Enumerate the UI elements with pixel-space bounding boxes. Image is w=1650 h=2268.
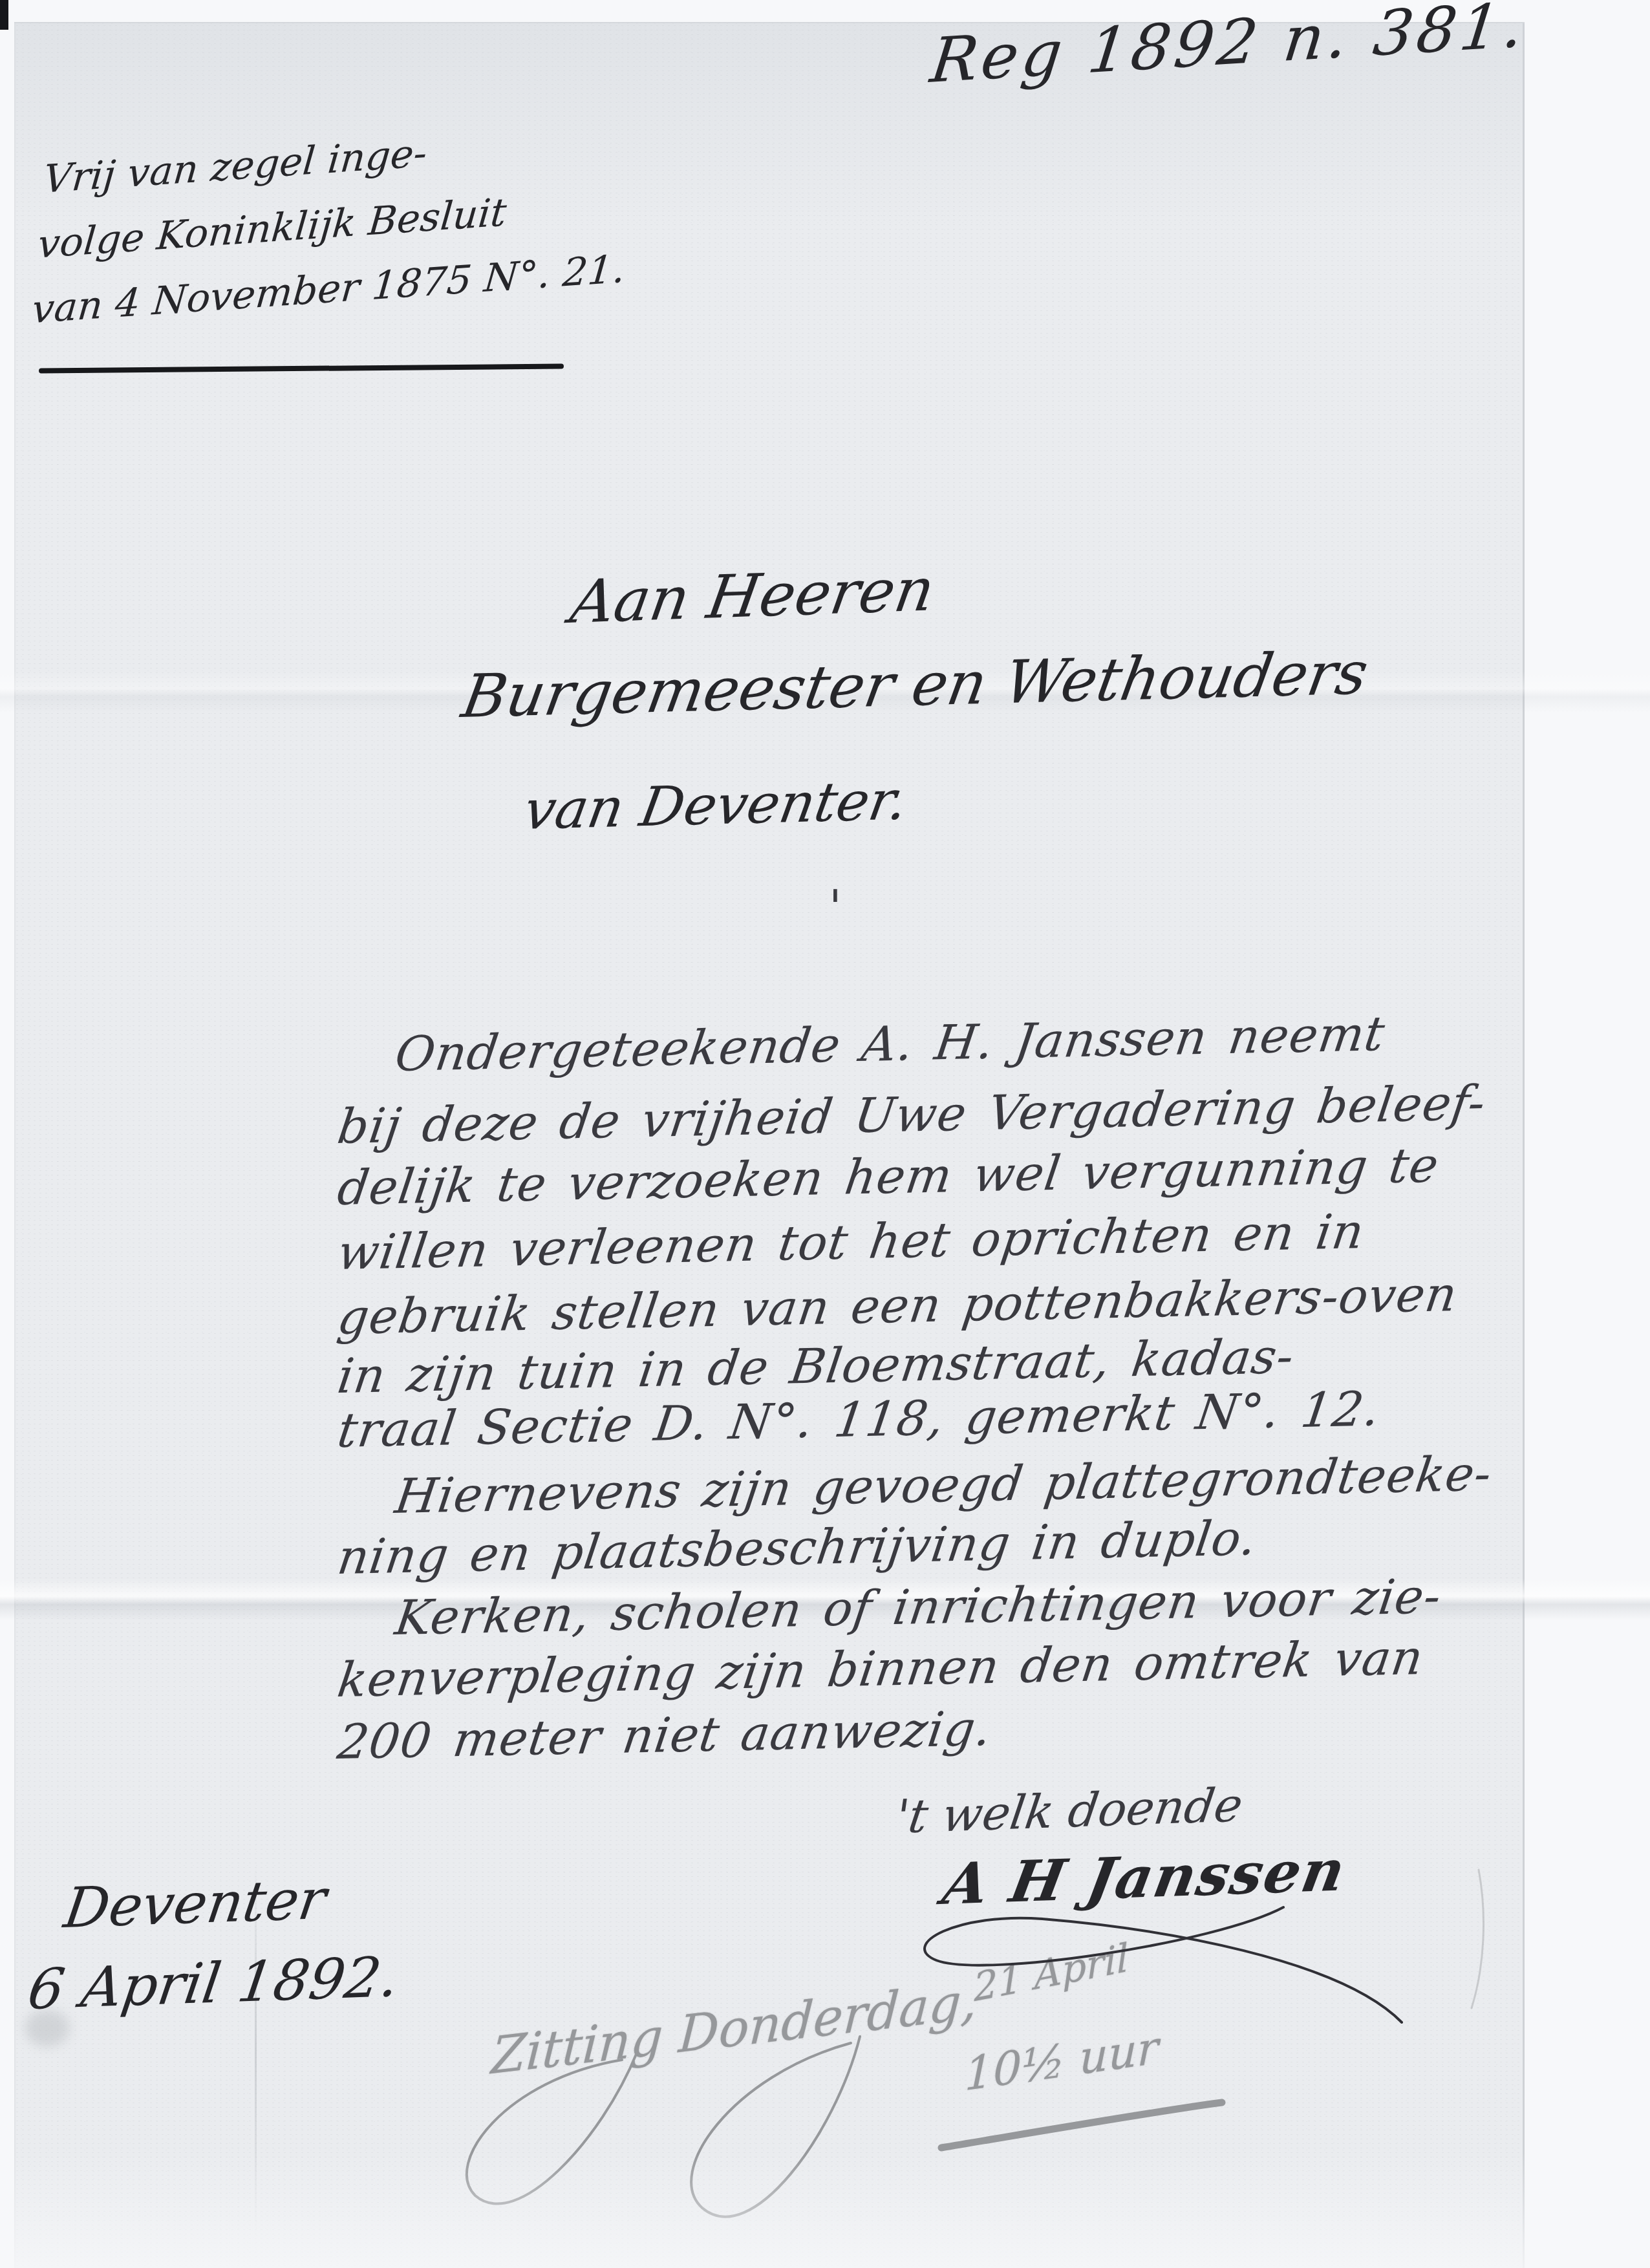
address-line-3: van Deventer. [520,769,912,842]
dateline-place: Deventer [60,1867,330,1941]
paper-bottom-fade [14,2153,1525,2268]
dateline-date: 6 April 1892. [24,1945,403,2022]
scan-edge-shadow [0,0,8,30]
ink-tick-mark: ' [829,881,842,935]
address-line-1: Aan Heeren [566,555,939,637]
scanned-letter: Reg 1892 n. 381. Vrij van zegel inge- vo… [0,0,1650,2268]
